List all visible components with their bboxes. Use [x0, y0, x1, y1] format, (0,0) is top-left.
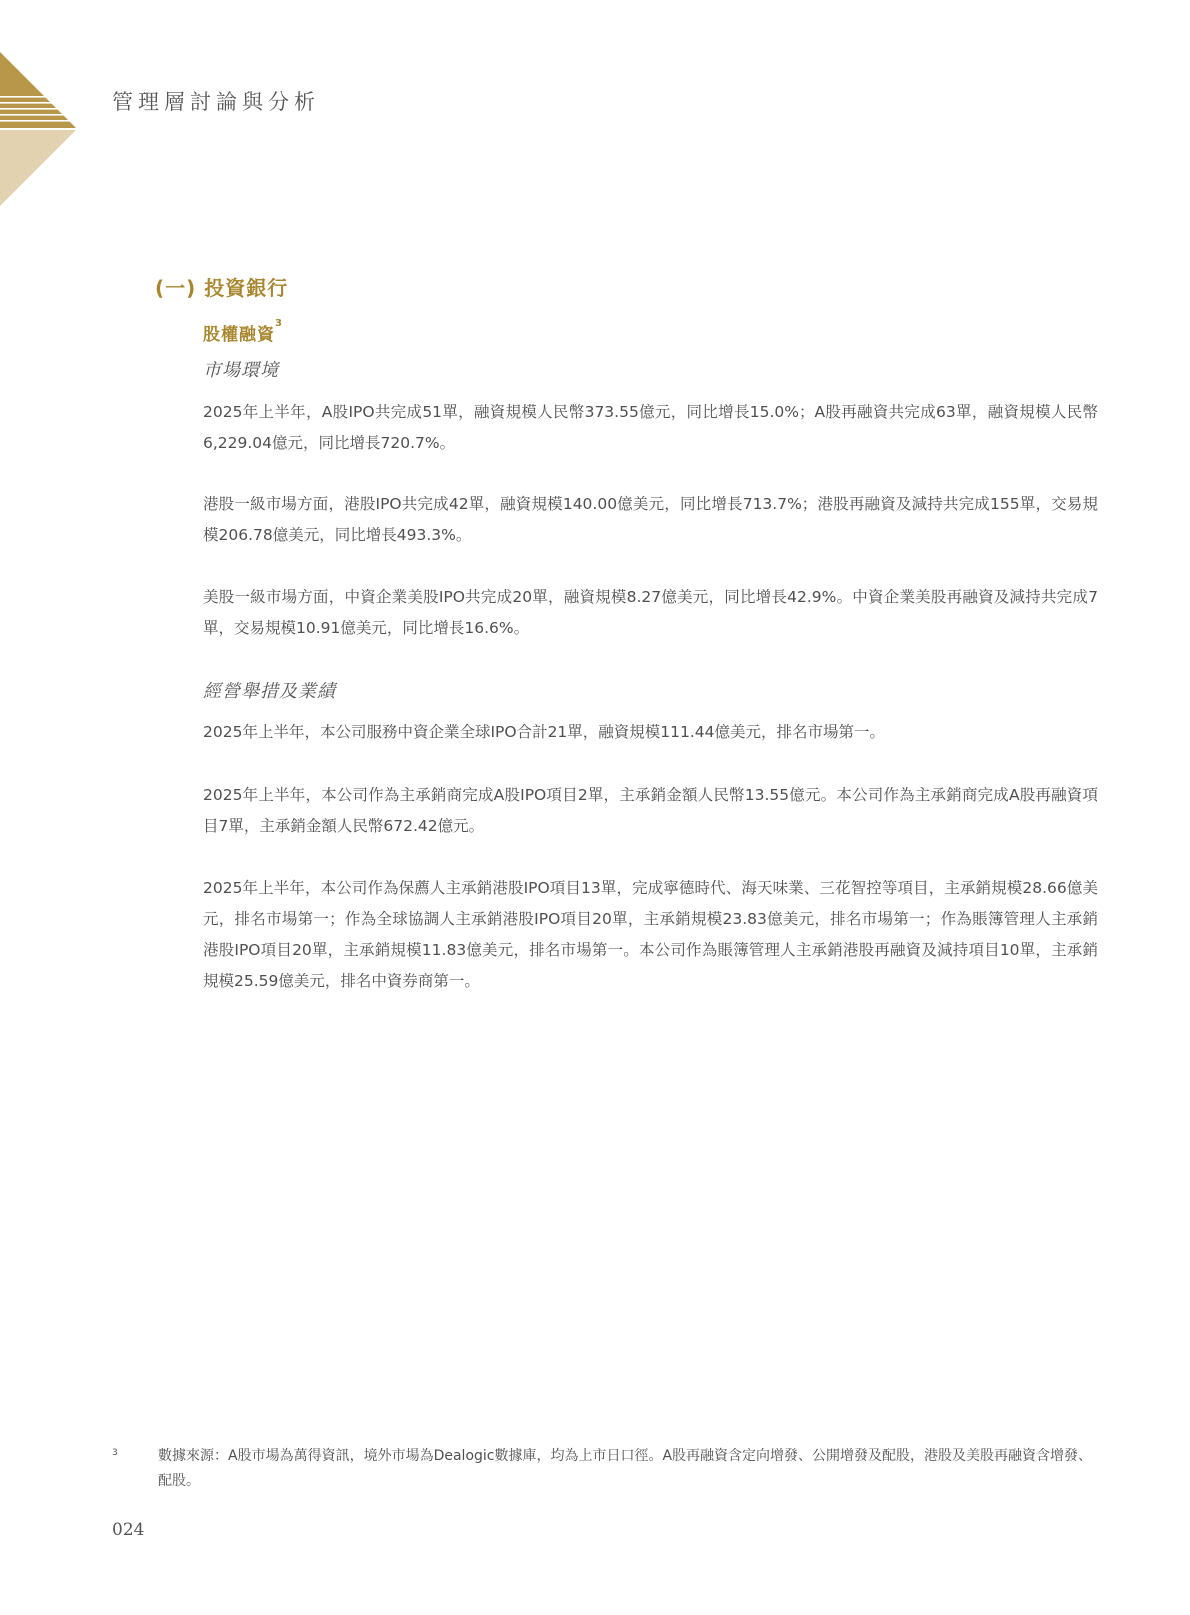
section-title: (一) 投資銀行	[155, 272, 288, 301]
page-number: 024	[112, 1520, 144, 1540]
market-paragraph-hk-share: 港股一級市場方面，港股IPO共完成42單，融資規模140.00億美元，同比增長7…	[203, 489, 1098, 551]
subsection-title: 股權融資3	[203, 320, 283, 345]
operations-paragraph-hk-share: 2025年上半年，本公司作為保薦人主承銷港股IPO項目13單，完成寧德時代、海天…	[203, 873, 1098, 997]
operations-paragraph-a-share: 2025年上半年，本公司作為主承銷商完成A股IPO項目2單，主承銷金額人民幣13…	[203, 780, 1098, 842]
running-header-title: 管理層討論與分析	[112, 86, 320, 116]
market-paragraph-a-share: 2025年上半年，A股IPO共完成51單，融資規模人民幣373.55億元，同比增…	[203, 397, 1098, 459]
market-environment-heading: 市場環境	[203, 356, 279, 382]
footnote-reference[interactable]: 3	[275, 318, 283, 329]
footnote-mark: 3	[112, 1448, 118, 1458]
footnote-text: 數據來源：A股市場為萬得資訊，境外市場為Dealogic數據庫，均為上市日口徑。…	[158, 1444, 1098, 1494]
operations-heading: 經營舉措及業績	[203, 677, 336, 703]
operations-paragraph-global-ipo: 2025年上半年，本公司服務中資企業全球IPO合計21單，融資規模111.44億…	[203, 717, 1098, 748]
subsection-title-text: 股權融資	[203, 325, 275, 345]
corner-triangle-decoration	[0, 52, 80, 212]
market-paragraph-us-share: 美股一級市場方面，中資企業美股IPO共完成20單，融資規模8.27億美元，同比增…	[203, 582, 1098, 644]
